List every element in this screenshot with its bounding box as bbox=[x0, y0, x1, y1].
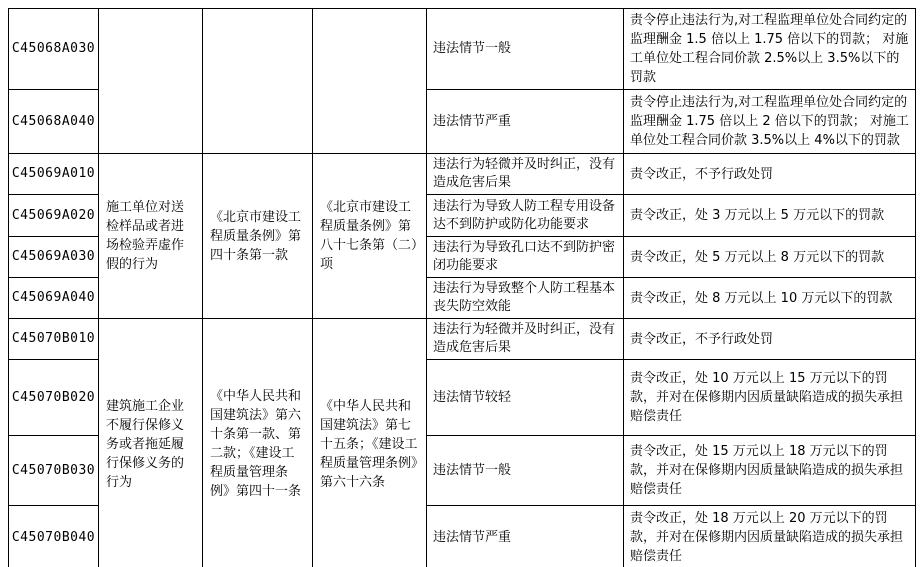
code-cell: C45070B010 bbox=[9, 319, 99, 360]
behavior-cell: 施工单位对送检样品或者进场检验弄虚作假的行为 bbox=[99, 154, 203, 319]
penalty-cell: 责令改正，处 8 万元以上 10 万元以下的罚款 bbox=[624, 278, 916, 319]
behavior-cell: 建筑施工企业不履行保修义务或者拖延履行保修义务的行为 bbox=[99, 319, 203, 567]
code-cell: C45068A040 bbox=[9, 90, 99, 154]
code-cell: C45069A030 bbox=[9, 237, 99, 278]
penalty-cell: 责令改正，处 18 万元以上 20 万元以下的罚款，并对在保修期内因质量缺陷造成… bbox=[624, 506, 916, 567]
table-row: C45069A010 施工单位对送检样品或者进场检验弄虚作假的行为 《北京市建设… bbox=[9, 154, 916, 195]
legal-basis-secondary-cell: 《中华人民共和国建筑法》第七十五条；《建设工程质量管理条例》第六十六条 bbox=[313, 319, 427, 567]
code-cell: C45070B040 bbox=[9, 506, 99, 567]
circumstance-cell: 违法情节一般 bbox=[427, 9, 624, 90]
circumstance-cell: 违法行为导致孔口达不到防护密闭功能要求 bbox=[427, 237, 624, 278]
code-cell: C45069A040 bbox=[9, 278, 99, 319]
code-cell: C45070B020 bbox=[9, 360, 99, 436]
penalty-cell: 责令改正，处 15 万元以上 18 万元以下的罚款，并对在保修期内因质量缺陷造成… bbox=[624, 436, 916, 506]
penalty-cell: 责令改正，处 10 万元以上 15 万元以下的罚款，并对在保修期内因质量缺陷造成… bbox=[624, 360, 916, 436]
document-page: C45068A030 违法情节一般 责令停止违法行为,对工程监理单位处合同约定的… bbox=[0, 0, 924, 567]
circumstance-cell: 违法行为导致整个人防工程基本丧失防空效能 bbox=[427, 278, 624, 319]
penalty-cell: 责令停止违法行为,对工程监理单位处合同约定的监理酬金 1.75 倍以上 2 倍以… bbox=[624, 90, 916, 154]
circumstance-cell: 违法行为轻微并及时纠正，没有造成危害后果 bbox=[427, 319, 624, 360]
penalty-cell: 责令改正，处 3 万元以上 5 万元以下的罚款 bbox=[624, 195, 916, 237]
circumstance-cell: 违法行为轻微并及时纠正，没有造成危害后果 bbox=[427, 154, 624, 195]
behavior-cell bbox=[99, 9, 203, 154]
penalty-cell: 责令停止违法行为,对工程监理单位处合同约定的监理酬金 1.5 倍以上 1.75 … bbox=[624, 9, 916, 90]
circumstance-cell: 违法情节严重 bbox=[427, 90, 624, 154]
table-row: C45068A030 违法情节一般 责令停止违法行为,对工程监理单位处合同约定的… bbox=[9, 9, 916, 90]
penalty-cell: 责令改正，不予行政处罚 bbox=[624, 319, 916, 360]
circumstance-cell: 违法情节较轻 bbox=[427, 360, 624, 436]
table-row: C45070B010 建筑施工企业不履行保修义务或者拖延履行保修义务的行为 《中… bbox=[9, 319, 916, 360]
code-cell: C45068A030 bbox=[9, 9, 99, 90]
legal-basis-primary-cell: 《北京市建设工程质量条例》第四十条第一款 bbox=[203, 154, 313, 319]
penalty-cell: 责令改正，处 5 万元以上 8 万元以下的罚款 bbox=[624, 237, 916, 278]
legal-basis-secondary-cell: 《北京市建设工程质量条例》第八十七条第（二）项 bbox=[313, 154, 427, 319]
legal-basis-primary-cell bbox=[203, 9, 313, 154]
penalty-cell: 责令改正，不予行政处罚 bbox=[624, 154, 916, 195]
circumstance-cell: 违法行为导致人防工程专用设备达不到防护或防化功能要求 bbox=[427, 195, 624, 237]
circumstance-cell: 违法情节严重 bbox=[427, 506, 624, 567]
legal-basis-primary-cell: 《中华人民共和国建筑法》第六十条第一款、第二款；《建设工程质量管理条例》第四十一… bbox=[203, 319, 313, 567]
code-cell: C45069A010 bbox=[9, 154, 99, 195]
code-cell: C45069A020 bbox=[9, 195, 99, 237]
legal-basis-secondary-cell bbox=[313, 9, 427, 154]
circumstance-cell: 违法情节一般 bbox=[427, 436, 624, 506]
code-cell: C45070B030 bbox=[9, 436, 99, 506]
penalty-table: C45068A030 违法情节一般 责令停止违法行为,对工程监理单位处合同约定的… bbox=[8, 8, 916, 567]
